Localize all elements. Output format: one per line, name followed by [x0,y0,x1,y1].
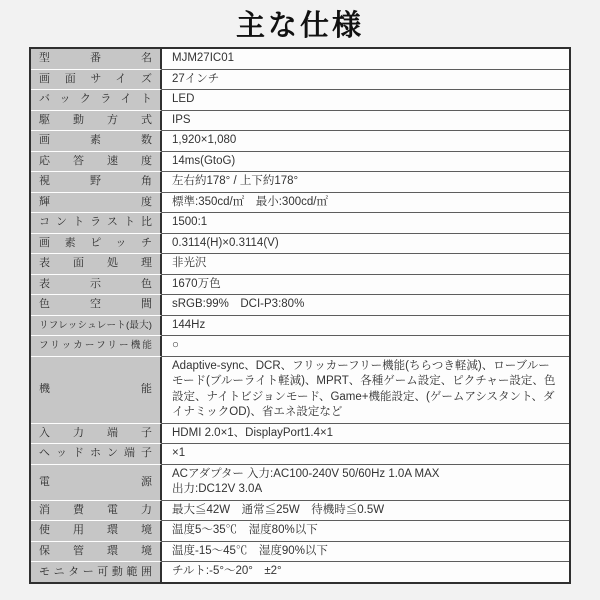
spec-label-text: 使用環境 [39,524,152,537]
spec-value: 温度5〜35℃ 湿度80%以下 [162,521,569,542]
spec-label: フリッカーフリー機能 [31,336,162,357]
table-row: 駆動方式 IPS [31,111,569,132]
table-row: ヘッドホン端子 ×1 [31,444,569,465]
spec-value: ×1 [162,444,569,465]
spec-label: 画素数 [31,131,162,152]
spec-value: 左右約178° / 上下約178° [162,172,569,193]
table-row: 表面処理 非光沢 [31,254,569,275]
table-row: 入力端子 HDMI 2.0×1、DisplayPort1.4×1 [31,424,569,445]
spec-value: HDMI 2.0×1、DisplayPort1.4×1 [162,424,569,445]
table-row: 輝度 標準:350cd/㎡ 最小:300cd/㎡ [31,193,569,214]
spec-value: sRGB:99% DCI-P3:80% [162,295,569,316]
table-row: リフレッシュレート(最大) 144Hz [31,316,569,337]
spec-label-text: 視野角 [39,175,152,188]
spec-label: 消費電力 [31,501,162,522]
table-row: 使用環境 温度5〜35℃ 湿度80%以下 [31,521,569,542]
spec-value: ACアダプター 入力:AC100-240V 50/60Hz 1.0A MAX 出… [162,465,569,501]
spec-label-text: 消費電力 [39,504,152,517]
spec-label-text: 輝度 [39,196,152,209]
spec-label-text: モニター可動範囲 [39,566,152,579]
table-row: 消費電力 最大≦42W 通常≦25W 待機時≦0.5W [31,501,569,522]
page-title: 主な仕様 [0,0,600,47]
spec-value: ○ [162,336,569,357]
table-row: 色空間 sRGB:99% DCI-P3:80% [31,295,569,316]
spec-label: 表示色 [31,275,162,296]
spec-label-text: 入力端子 [39,427,152,440]
table-row: コントラスト比 1500:1 [31,213,569,234]
spec-label-text: 表面処理 [39,257,152,270]
spec-label: 保管環境 [31,542,162,563]
spec-label: 入力端子 [31,424,162,445]
table-row: 型番名 MJM27IC01 [31,49,569,70]
spec-label: リフレッシュレート(最大) [31,316,162,337]
table-row: フリッカーフリー機能 ○ [31,336,569,357]
spec-value: 27インチ [162,70,569,91]
spec-label-text: フリッカーフリー機能 [39,339,152,352]
spec-label: 応答速度 [31,152,162,173]
spec-value: チルト:-5°〜20° ±2° [162,562,569,582]
spec-label: ヘッドホン端子 [31,444,162,465]
spec-label: 駆動方式 [31,111,162,132]
spec-label: モニター可動範囲 [31,562,162,582]
spec-label-text: バックライト [39,93,152,106]
spec-label-text: ヘッドホン端子 [39,447,152,460]
spec-value: 1670万色 [162,275,569,296]
spec-value: 1,920×1,080 [162,131,569,152]
spec-label: コントラスト比 [31,213,162,234]
spec-label-text: コントラスト比 [39,216,152,229]
spec-value: 1500:1 [162,213,569,234]
spec-label: 視野角 [31,172,162,193]
spec-value: 非光沢 [162,254,569,275]
spec-label: 画素ピッチ [31,234,162,255]
spec-label-text: 表示色 [39,278,152,291]
table-row: 画面サイズ 27インチ [31,70,569,91]
spec-table: 型番名 MJM27IC01 画面サイズ 27インチ バックライト LED 駆動方… [29,47,571,584]
spec-value: MJM27IC01 [162,49,569,70]
table-row: バックライト LED [31,90,569,111]
spec-value: 0.3114(H)×0.3114(V) [162,234,569,255]
spec-label: 機能 [31,357,162,424]
spec-value: Adaptive-sync、DCR、フリッカーフリー機能(ちらつき軽減)、ローブ… [162,357,569,424]
spec-label-text: 画素ピッチ [39,237,152,250]
spec-label-text: 応答速度 [39,155,152,168]
spec-label: バックライト [31,90,162,111]
spec-value: 最大≦42W 通常≦25W 待機時≦0.5W [162,501,569,522]
spec-label: 型番名 [31,49,162,70]
spec-value: LED [162,90,569,111]
spec-label: 色空間 [31,295,162,316]
spec-label-text: 型番名 [39,52,152,65]
spec-label-text: 電源 [39,476,152,489]
spec-label-text: リフレッシュレート(最大) [39,319,152,332]
table-row: 電源 ACアダプター 入力:AC100-240V 50/60Hz 1.0A MA… [31,465,569,501]
spec-label-text: 保管環境 [39,545,152,558]
spec-value: IPS [162,111,569,132]
table-row: 表示色 1670万色 [31,275,569,296]
spec-label-text: 画面サイズ [39,73,152,86]
table-row: 画素ピッチ 0.3114(H)×0.3114(V) [31,234,569,255]
spec-label: 表面処理 [31,254,162,275]
table-row: 機能 Adaptive-sync、DCR、フリッカーフリー機能(ちらつき軽減)、… [31,357,569,424]
spec-table-body: 型番名 MJM27IC01 画面サイズ 27インチ バックライト LED 駆動方… [31,49,569,582]
spec-label-text: 色空間 [39,298,152,311]
spec-value: 温度-15〜45℃ 湿度90%以下 [162,542,569,563]
spec-value: 14ms(GtoG) [162,152,569,173]
table-row: 視野角 左右約178° / 上下約178° [31,172,569,193]
spec-value: 144Hz [162,316,569,337]
spec-label: 輝度 [31,193,162,214]
spec-value: 標準:350cd/㎡ 最小:300cd/㎡ [162,193,569,214]
spec-label-text: 機能 [39,383,152,396]
table-row: モニター可動範囲 チルト:-5°〜20° ±2° [31,562,569,582]
spec-label-text: 画素数 [39,134,152,147]
spec-label: 画面サイズ [31,70,162,91]
table-row: 保管環境 温度-15〜45℃ 湿度90%以下 [31,542,569,563]
table-row: 応答速度 14ms(GtoG) [31,152,569,173]
spec-label-text: 駆動方式 [39,114,152,127]
table-row: 画素数 1,920×1,080 [31,131,569,152]
spec-label: 使用環境 [31,521,162,542]
spec-label: 電源 [31,465,162,501]
